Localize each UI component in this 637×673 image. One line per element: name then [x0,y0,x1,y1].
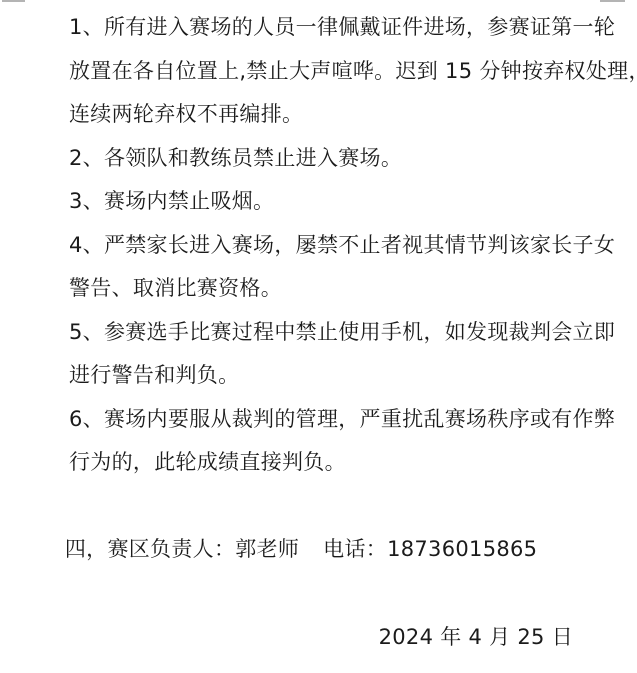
notice-item-6-line-2: 行为的，此轮成绩直接判负。 [69,441,637,485]
notice-item-2-line-1: 2、各领队和教练员禁止进入赛场。 [69,137,637,181]
notice-body: 1、所有进入赛场的人员一律佩戴证件进场，参赛证第一轮 放置在各自位置上,禁止大声… [0,0,637,660]
notice-item-6: 6、赛场内要服从裁判的管理，严重扰乱赛场秩序或有作弊 行为的，此轮成绩直接判负。 [0,398,637,485]
document-page: 1、所有进入赛场的人员一律佩戴证件进场，参赛证第一轮 放置在各自位置上,禁止大声… [0,0,637,673]
contact-line: 四，赛区负责人：郭老师电话：18736015865 [23,485,637,529]
notice-item-5-line-2: 进行警告和判负。 [69,354,637,398]
notice-item-1: 1、所有进入赛场的人员一律佩戴证件进场，参赛证第一轮 放置在各自位置上,禁止大声… [0,6,637,137]
contact-person: 四，赛区负责人：郭老师 [65,537,299,561]
notice-item-1-line-3: 连续两轮弃权不再编排。 [69,93,637,137]
date-line: 2024 年 4 月 25 日 [0,616,637,660]
notice-item-1-line-1: 1、所有进入赛场的人员一律佩戴证件进场，参赛证第一轮 [69,6,637,50]
notice-item-2: 2、各领队和教练员禁止进入赛场。 [0,137,637,181]
notice-item-4-line-2: 警告、取消比赛资格。 [69,267,637,311]
contact-phone: 电话：18736015865 [323,537,537,561]
notice-item-3-line-1: 3、赛场内禁止吸烟。 [69,180,637,224]
notice-item-5-line-1: 5、参赛选手比赛过程中禁止使用手机，如发现裁判会立即 [69,311,637,355]
notice-item-4-line-1: 4、严禁家长进入赛场，屡禁不止者视其情节判该家长子女 [69,224,637,268]
notice-item-6-line-1: 6、赛场内要服从裁判的管理，严重扰乱赛场秩序或有作弊 [69,398,637,442]
notice-item-3: 3、赛场内禁止吸烟。 [0,180,637,224]
notice-item-4: 4、严禁家长进入赛场，屡禁不止者视其情节判该家长子女 警告、取消比赛资格。 [0,224,637,311]
notice-item-5: 5、参赛选手比赛过程中禁止使用手机，如发现裁判会立即 进行警告和判负。 [0,311,637,398]
notice-item-1-line-2: 放置在各自位置上,禁止大声喧哗。迟到 15 分钟按弃权处理， [69,50,637,94]
